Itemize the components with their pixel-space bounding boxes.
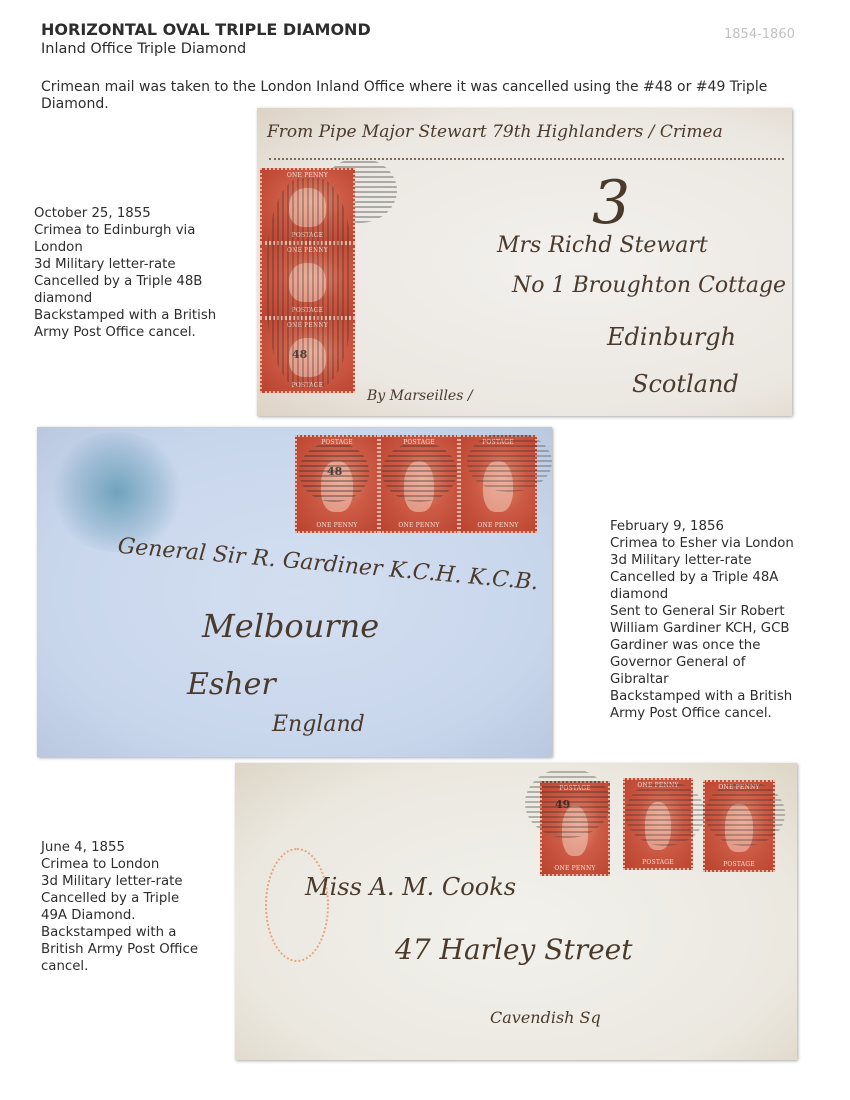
caption-line: diamond — [34, 290, 216, 307]
cover-3-caption: June 4, 1855 Crimea to London 3d Militar… — [41, 839, 198, 975]
caption-line: Cancelled by a Triple — [41, 890, 198, 907]
triple-diamond-cancel — [382, 442, 457, 502]
caption-line: Crimea to Edinburgh via — [34, 222, 216, 239]
caption-line: British Army Post Office — [41, 941, 198, 958]
caption-line: Gibraltar — [610, 671, 794, 688]
page-title: HORIZONTAL OVAL TRIPLE DIAMOND — [41, 20, 371, 39]
cover-1-envelope: From Pipe Major Stewart 79th Highlanders… — [257, 108, 792, 416]
caption-line: Backstamped with a — [41, 924, 198, 941]
cancel-number: 49 — [555, 798, 570, 811]
triple-diamond-cancel — [267, 178, 352, 388]
caption-line: Governor General of — [610, 654, 794, 671]
triple-diamond-cancel — [705, 781, 785, 846]
caption-line: Cancelled by a Triple 48A — [610, 569, 794, 586]
caption-line: 3d Military letter-rate — [610, 552, 794, 569]
backstamp — [47, 432, 187, 552]
stamp-label: POSTAGE — [705, 861, 773, 868]
stamp-label: ONE PENNY — [542, 865, 608, 872]
address-line: Edinburgh — [607, 323, 736, 351]
sender-line: From Pipe Major Stewart 79th Highlanders… — [267, 122, 723, 142]
cover-2-caption: February 9, 1856 Crimea to Esher via Lon… — [610, 518, 794, 722]
stamp-label: ONE PENNY — [381, 522, 457, 529]
caption-line: Army Post Office cancel. — [610, 705, 794, 722]
caption-line: February 9, 1856 — [610, 518, 794, 535]
caption-line: cancel. — [41, 958, 198, 975]
caption-line: 3d Military letter-rate — [41, 873, 198, 890]
stamp-label: ONE PENNY — [297, 522, 377, 529]
triple-diamond-cancel — [625, 781, 705, 846]
stamp-label: ONE PENNY — [461, 522, 535, 529]
backstamp — [265, 848, 329, 962]
address-line: Esher — [187, 667, 276, 702]
address-line: Melbourne — [202, 607, 379, 645]
address-line: Cavendish Sq — [490, 1008, 601, 1027]
caption-line: Gardiner was once the — [610, 637, 794, 654]
caption-line: June 4, 1855 — [41, 839, 198, 856]
caption-line: London — [34, 239, 216, 256]
address-line: Scotland — [632, 370, 739, 398]
page-subtitle: Inland Office Triple Diamond — [41, 41, 246, 57]
stamp-label: POSTAGE — [625, 859, 691, 866]
caption-line: Army Post Office cancel. — [34, 324, 216, 341]
caption-line: October 25, 1855 — [34, 205, 216, 222]
cover-2-envelope: POSTAGE ONE PENNY POSTAGE ONE PENNY POST… — [37, 427, 552, 757]
date-range: 1854-1860 — [724, 27, 795, 42]
address-line: Miss A. M. Cooks — [305, 873, 516, 901]
address-line: General Sir R. Gardiner K.C.H. K.C.B. — [117, 534, 539, 596]
rate-mark: 3 — [592, 168, 630, 238]
caption-line: William Gardiner KCH, GCB — [610, 620, 794, 637]
caption-line: 49A Diamond. — [41, 907, 198, 924]
cancel-number: 48 — [292, 348, 307, 361]
caption-line: Cancelled by a Triple 48B — [34, 273, 216, 290]
caption-line: Crimea to London — [41, 856, 198, 873]
caption-line: Sent to General Sir Robert — [610, 603, 794, 620]
address-line: No 1 Broughton Cottage — [512, 273, 786, 298]
address-line: 47 Harley Street — [395, 933, 632, 966]
cover-3-envelope: POSTAGE ONE PENNY ONE PENNY POSTAGE ONE … — [235, 763, 797, 1060]
triple-diamond-cancel — [467, 432, 552, 492]
caption-line: 3d Military letter-rate — [34, 256, 216, 273]
address-line: England — [272, 712, 365, 737]
caption-line: Backstamped with a British — [34, 307, 216, 324]
caption-line: Backstamped with a British — [610, 688, 794, 705]
cancel-number: 48 — [327, 465, 342, 478]
caption-line: Crimea to Esher via London — [610, 535, 794, 552]
caption-line: diamond — [610, 586, 794, 603]
cover-1-caption: October 25, 1855 Crimea to Edinburgh via… — [34, 205, 216, 341]
route-note: By Marseilles / — [367, 388, 473, 404]
address-line: Mrs Richd Stewart — [497, 233, 708, 258]
